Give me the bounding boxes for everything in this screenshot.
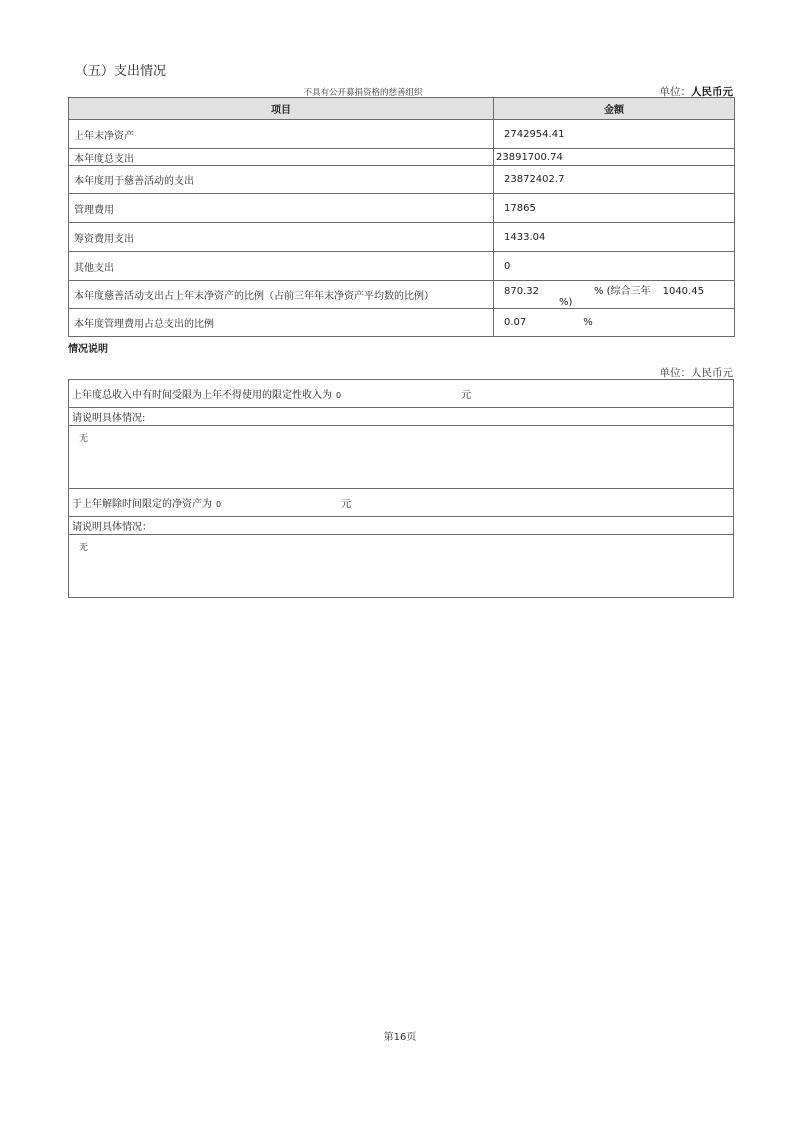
released-assets-label: 于上年解除时间限定的净资产为 — [72, 499, 212, 510]
row-amount: 23872402.7 — [494, 166, 735, 194]
ratio-value: 0.07 — [504, 317, 526, 328]
restricted-income-label: 上年度总收入中有时间受限为上年不得使用的限定性收入为 — [72, 390, 332, 401]
row-amount: 23891700.74 — [494, 149, 735, 166]
page-number: 第16页 — [0, 1028, 800, 1043]
table-row: 本年度管理费用占总支出的比例 0.07% — [69, 309, 735, 337]
row-label: 本年度管理费用占总支出的比例 — [69, 309, 494, 337]
restricted-income-value: 0 — [336, 391, 341, 400]
table-row: 本年度慈善活动支出占上年末净资产的比例（占前三年年末净资产平均数的比例） 870… — [69, 281, 735, 309]
row-amount: 0 — [494, 252, 735, 281]
row-label: 筹资费用支出 — [69, 223, 494, 252]
header-item: 项目 — [69, 98, 494, 120]
table-header-row: 项目 金额 — [69, 98, 735, 120]
currency-suffix: 元 — [341, 495, 351, 510]
row-amount: 870.32% (综合三年1040.45%) — [494, 281, 735, 309]
released-assets-value: 0 — [216, 500, 221, 509]
detail-text-1: 无 — [69, 426, 734, 489]
row-label: 本年度用于慈善活动的支出 — [69, 166, 494, 194]
notes-unit-label: 单位：人民币元 — [660, 365, 734, 380]
row-amount: 1433.04 — [494, 223, 735, 252]
row-amount: 2742954.41 — [494, 120, 735, 149]
three-year-ratio-suffix: %) — [559, 297, 572, 308]
table-row: 上年末净资产 2742954.41 — [69, 120, 735, 149]
ratio-suffix: % — [583, 317, 593, 328]
table-row: 管理费用 17865 — [69, 194, 735, 223]
restricted-income-row: 上年度总收入中有时间受限为上年不得使用的限定性收入为0元 — [69, 380, 734, 408]
row-amount: 17865 — [494, 194, 735, 223]
released-assets-cell: 于上年解除时间限定的净资产为0元 — [69, 489, 734, 517]
notes-table: 上年度总收入中有时间受限为上年不得使用的限定性收入为0元 请说明具体情况: 无 … — [68, 379, 734, 598]
released-assets-row: 于上年解除时间限定的净资产为0元 — [69, 489, 734, 517]
detail-text-row: 无 — [69, 535, 734, 598]
currency-suffix: 元 — [461, 386, 471, 401]
row-label: 上年末净资产 — [69, 120, 494, 149]
detail-prompt-row: 请说明具体情况： — [69, 517, 734, 535]
table-row: 筹资费用支出 1433.04 — [69, 223, 735, 252]
row-label: 本年度总支出 — [69, 149, 494, 166]
expense-table: 项目 金额 上年末净资产 2742954.41 本年度总支出 23891700.… — [68, 97, 735, 337]
three-year-ratio-value: 1040.45 — [663, 286, 704, 297]
row-label: 其他支出 — [69, 252, 494, 281]
detail-prompt-row: 请说明具体情况: — [69, 408, 734, 426]
row-label: 本年度慈善活动支出占上年末净资产的比例（占前三年年末净资产平均数的比例） — [69, 281, 494, 309]
table-row: 其他支出 0 — [69, 252, 735, 281]
detail-prompt-1: 请说明具体情况: — [69, 408, 734, 426]
section-title: （五）支出情况 — [75, 60, 166, 79]
row-label: 管理费用 — [69, 194, 494, 223]
table-row: 本年度用于慈善活动的支出 23872402.7 — [69, 166, 735, 194]
table-row: 本年度总支出 23891700.74 — [69, 149, 735, 166]
ratio-value: 870.32 — [504, 286, 539, 297]
detail-prompt-2: 请说明具体情况： — [69, 517, 734, 535]
ratio-suffix: % (综合三年 — [594, 282, 651, 297]
detail-text-row: 无 — [69, 426, 734, 489]
notes-title: 情况说明 — [68, 340, 108, 355]
header-amount: 金额 — [494, 98, 735, 120]
row-amount: 0.07% — [494, 309, 735, 337]
restricted-income-cell: 上年度总收入中有时间受限为上年不得使用的限定性收入为0元 — [69, 380, 734, 408]
detail-text-2: 无 — [69, 535, 734, 598]
